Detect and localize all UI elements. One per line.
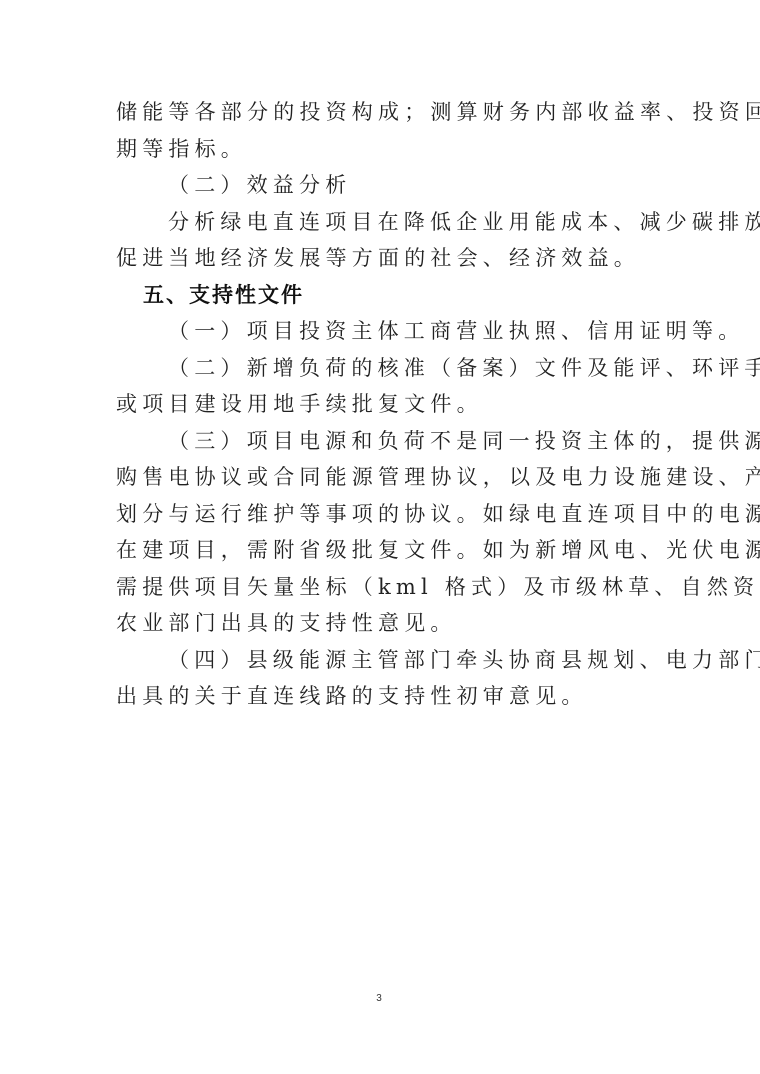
text-line: 出具的关于直连线路的支持性初审意见。 <box>116 678 646 715</box>
text-line: 在建项目，需附省级批复文件。如为新增风电、光伏电源， <box>116 532 646 569</box>
text-line: 农业部门出具的支持性意见。 <box>116 605 646 642</box>
text-line: 促进当地经济发展等方面的社会、经济效益。 <box>116 240 646 277</box>
list-item-business-license: （一）项目投资主体工商营业执照、信用证明等。 <box>116 313 646 350</box>
text-line: 或项目建设用地手续批复文件。 <box>116 386 646 423</box>
document-body: 储能等各部分的投资构成；测算财务内部收益率、投资回收 期等指标。 （二）效益分析… <box>116 94 646 715</box>
text-line: 期等指标。 <box>116 131 646 168</box>
text-line: 划分与运行维护等事项的协议。如绿电直连项目中的电源为 <box>116 496 646 533</box>
text-line: （一）项目投资主体工商营业执照、信用证明等。 <box>116 313 646 350</box>
text-line: （四）县级能源主管部门牵头协商县规划、电力部门后， <box>116 642 646 679</box>
list-item-load-approval: （二）新增负荷的核准（备案）文件及能评、环评手续， 或项目建设用地手续批复文件。 <box>116 350 646 423</box>
document-page: 储能等各部分的投资构成；测算财务内部收益率、投资回收 期等指标。 （二）效益分析… <box>0 0 760 1074</box>
section-heading-supporting-documents: 五、支持性文件 <box>116 277 646 314</box>
paragraph-benefit-analysis: 分析绿电直连项目在降低企业用能成本、减少碳排放、 促进当地经济发展等方面的社会、… <box>116 204 646 277</box>
list-item-county-review: （四）县级能源主管部门牵头协商县规划、电力部门后， 出具的关于直连线路的支持性初… <box>116 642 646 715</box>
list-item-power-agreements: （三）项目电源和负荷不是同一投资主体的，提供源荷 购售电协议或合同能源管理协议，… <box>116 423 646 642</box>
text-line: （三）项目电源和负荷不是同一投资主体的，提供源荷 <box>116 423 646 460</box>
text-line: 购售电协议或合同能源管理协议，以及电力设施建设、产权 <box>116 459 646 496</box>
text-line: 分析绿电直连项目在降低企业用能成本、减少碳排放、 <box>116 204 646 241</box>
text-line: 储能等各部分的投资构成；测算财务内部收益率、投资回收 <box>116 94 646 131</box>
subheading-benefit-analysis: （二）效益分析 <box>116 167 646 204</box>
text-line: （二）新增负荷的核准（备案）文件及能评、环评手续， <box>116 350 646 387</box>
page-number: 3 <box>372 993 386 1004</box>
paragraph-investment-composition: 储能等各部分的投资构成；测算财务内部收益率、投资回收 期等指标。 <box>116 94 646 167</box>
text-line: 需提供项目矢量坐标（kml 格式）及市级林草、自然资源、 <box>116 569 646 606</box>
